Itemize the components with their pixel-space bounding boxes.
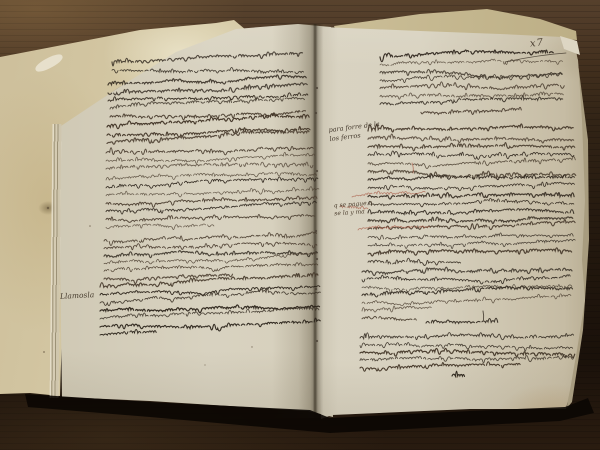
script-line [368,239,575,248]
script-line [106,224,214,230]
script-line [104,263,318,272]
left-page-text [100,52,322,335]
sewing-station-dot [316,258,318,260]
script-line [362,294,571,306]
script-line [380,92,563,99]
margin-note-left: Llamosla [60,290,95,301]
script-line [106,152,315,163]
sewing-station-dot [316,170,318,172]
script-line [106,147,313,155]
page-speck [204,364,205,365]
sewing-station-dot [316,87,318,89]
script-line [108,75,306,85]
script-line [380,96,565,105]
script-line [380,59,563,66]
script-line [362,267,574,275]
script-line [368,157,575,169]
script-line [368,134,574,143]
script-line [100,318,320,331]
script-line [360,354,574,362]
script-line [106,214,317,222]
manuscript-photo: x7 para forre de la los ferros q se pagu… [0,0,600,450]
script-line [368,192,576,199]
script-line [108,93,308,101]
script-line [106,172,317,180]
handwriting-svg [0,0,600,450]
sewing-station-dot [315,230,317,232]
page-speck [251,346,252,347]
script-line [380,50,553,62]
page-speck [89,225,91,227]
script-line [362,306,433,312]
folio-number: x7 [529,37,544,49]
sewing-station-dot [316,340,318,342]
script-line [380,70,564,80]
script-line [104,252,316,264]
script-line [106,162,313,169]
script-line [362,275,570,284]
script-line [426,318,498,323]
script-line [421,107,521,114]
script-line [368,233,573,240]
script-line [106,177,318,188]
sewing-station-dot [315,112,317,114]
sewing-station-dot [315,288,317,290]
margin-note-right-2: q se pague q se la y ma [334,200,374,218]
script-line [368,124,573,132]
script-line [104,242,317,250]
script-line [112,67,304,73]
script-line [368,151,574,159]
script-line [368,198,574,207]
script-line [368,258,461,265]
script-line [112,52,303,66]
script-line [380,82,566,90]
ink-tick [483,311,484,320]
script-line [104,251,317,258]
script-line [368,208,574,215]
script-line [362,316,416,320]
script-line [362,286,573,297]
script-line [100,330,156,336]
page-speck [456,376,458,378]
right-page-text [360,50,577,377]
page-speck [47,207,49,209]
page-speck [43,351,45,353]
script-line [360,333,574,340]
script-line [360,348,575,357]
script-line [360,362,520,372]
script-line [108,83,307,95]
script-line [368,248,574,256]
script-line [368,143,577,151]
script-line [106,196,317,207]
script-line [368,182,575,191]
script-line [452,371,465,376]
